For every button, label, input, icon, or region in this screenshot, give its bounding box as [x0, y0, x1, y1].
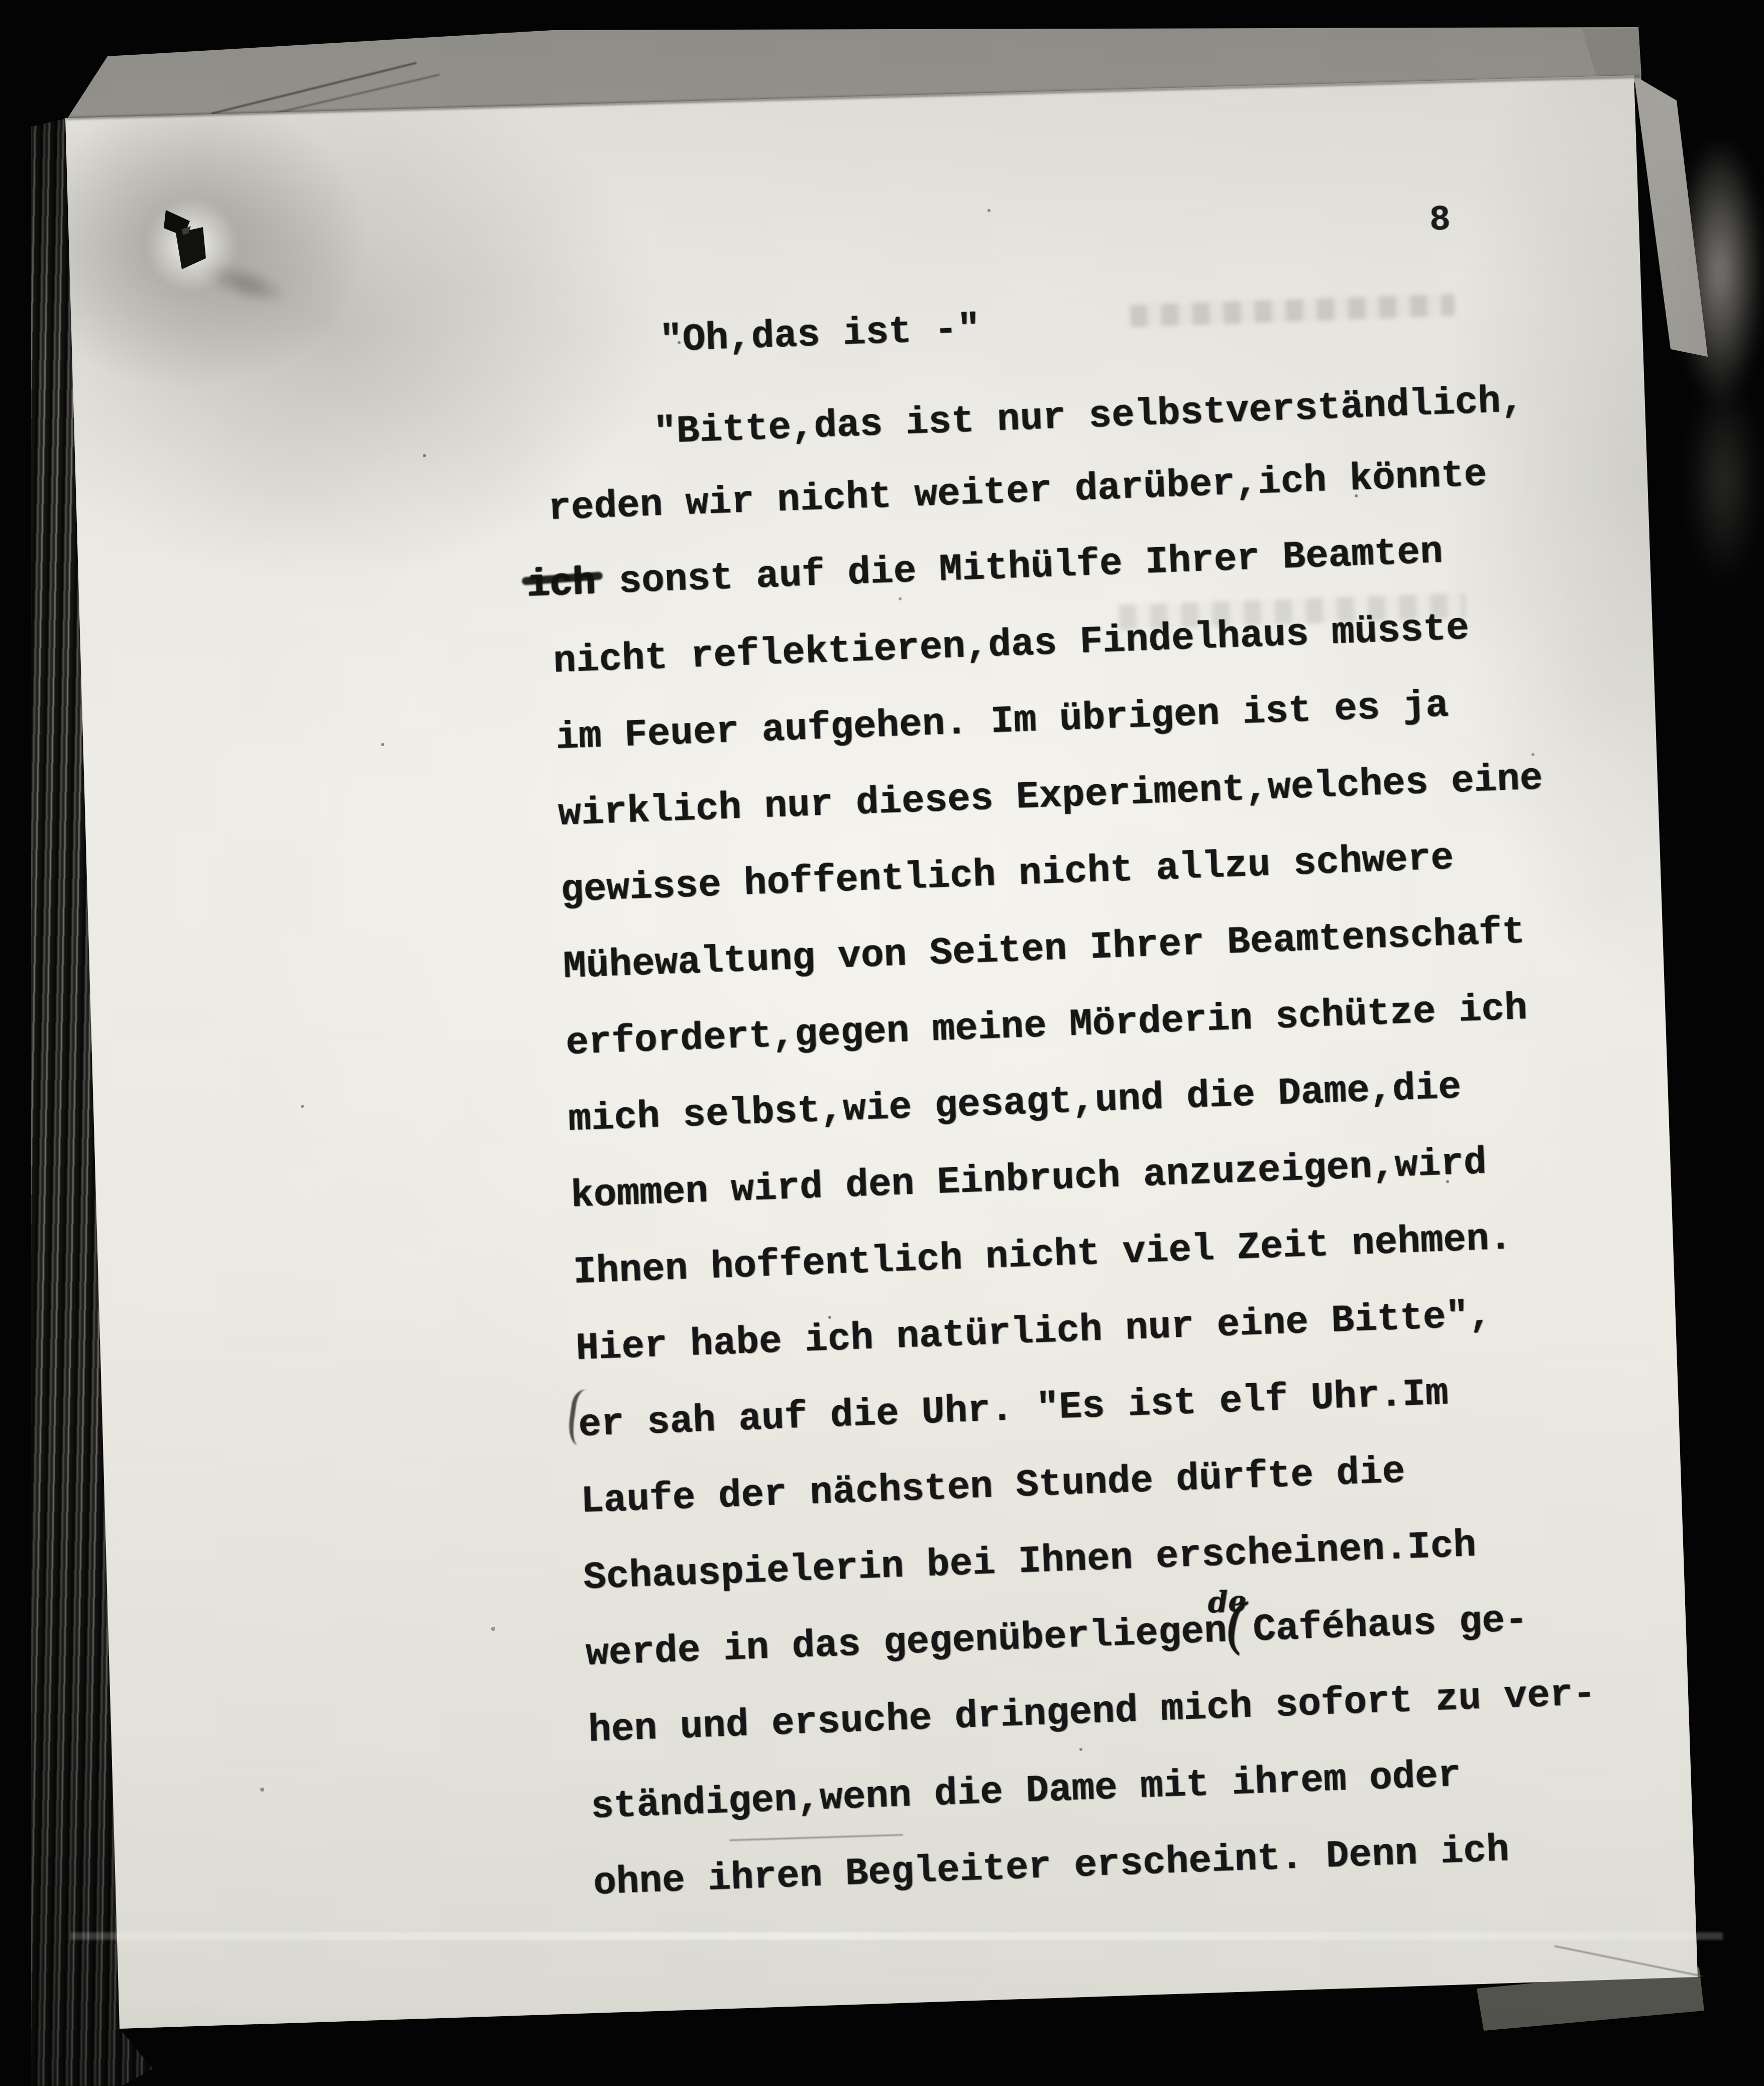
scan-artifact-band — [70, 1932, 1723, 1940]
insertion-caret-stroke: ( — [1225, 1623, 1251, 1628]
dust-specks — [0, 0, 2, 2]
typescript-line: "Oh,das ist -" — [659, 310, 981, 360]
struck-out-word: ich — [526, 561, 597, 607]
scanned-typescript-page: 8 "Oh,das ist -""Bitte,das ist nur selbs… — [0, 0, 1764, 2086]
handwritten-inserted-word: de — [1207, 1588, 1208, 1617]
page-number: 8 — [1429, 203, 1451, 239]
fastener-mark — [159, 207, 209, 275]
sheet-edge-highlight — [1676, 136, 1764, 407]
sheet-edge-highlight — [1686, 372, 1761, 588]
